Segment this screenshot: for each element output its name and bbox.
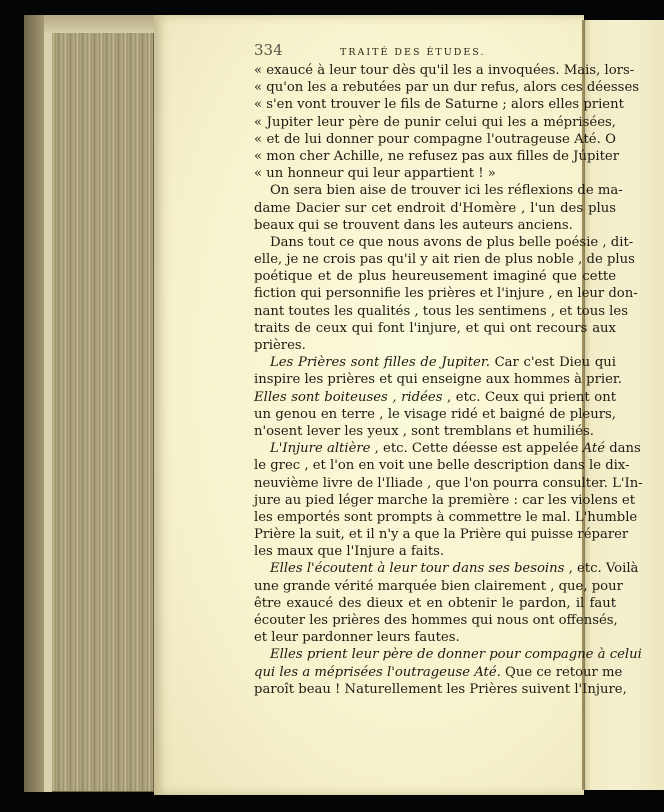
text-segment: et leur pardonner leurs fautes. xyxy=(254,630,460,645)
text-segment: « et de lui donner pour compagne l'outra… xyxy=(254,132,616,147)
text-line: inspire les prières et qui enseigne aux … xyxy=(254,371,616,388)
text-line: les maux que l'Injure a faits. xyxy=(254,543,616,560)
text-segment: Dans tout ce que nous avons de plus bell… xyxy=(270,235,633,250)
italic-segment: Les Prières sont filles de Jupiter. xyxy=(270,355,490,370)
text-line: elle, je ne crois pas qu'il y ait rien d… xyxy=(254,251,616,268)
text-segment: « mon cher Achille, ne refusez pas aux f… xyxy=(254,149,619,164)
text-line: Dans tout ce que nous avons de plus bell… xyxy=(254,234,616,251)
text-line: les emportés sont prompts à commettre le… xyxy=(254,509,616,526)
text-segment: Car c'est Dieu qui xyxy=(490,355,616,370)
text-line: « un honneur qui leur appartient ! » xyxy=(254,165,616,182)
text-line: être exaucé des dieux et en obtenir le p… xyxy=(254,595,616,612)
text-segment: le grec , et l'on en voit une belle desc… xyxy=(254,458,630,473)
text-segment: « s'en vont trouver le fils de Saturne ;… xyxy=(254,97,624,112)
text-segment: neuvième livre de l'Iliade , que l'on po… xyxy=(254,476,643,491)
text-line: écouter les prières des hommes qui nous … xyxy=(254,612,616,629)
running-head: 334 TRAITÉ DES ÉTUDES. xyxy=(254,42,616,60)
running-title: TRAITÉ DES ÉTUDES. xyxy=(340,44,486,61)
italic-segment: Elles prient leur père de donner pour co… xyxy=(270,647,642,662)
text-segment: traits de ceux qui font l'injure, et qui… xyxy=(254,321,616,336)
text-segment: paroît beau ! Naturellement les Prières … xyxy=(254,682,627,697)
text-line: dame Dacier sur cet endroit d'Homère , l… xyxy=(254,200,616,217)
text-segment: prières. xyxy=(254,338,306,353)
italic-segment: Até xyxy=(583,441,605,456)
text-segment: les maux que l'Injure a faits. xyxy=(254,544,444,559)
text-segment: un genou en terre , le visage ridé et ba… xyxy=(254,407,616,422)
text-line: une grande vérité marquée bien clairemen… xyxy=(254,578,616,595)
text-segment: « Jupiter leur père de punir celui qui l… xyxy=(254,115,616,130)
text-line: n'osent lever les yeux , sont tremblans … xyxy=(254,423,616,440)
italic-segment: Elles sont boiteuses , ridées xyxy=(254,390,442,405)
italic-segment: Elles l'écoutent à leur tour dans ses be… xyxy=(270,561,564,576)
text-segment: être exaucé des dieux et en obtenir le p… xyxy=(254,596,616,611)
page-text-block: 334 TRAITÉ DES ÉTUDES. « exaucé à leur t… xyxy=(254,42,616,698)
text-line: qui les a méprisées l'outrageuse Até. Qu… xyxy=(254,664,616,681)
text-line: paroît beau ! Naturellement les Prières … xyxy=(254,681,616,698)
text-line: « s'en vont trouver le fils de Saturne ;… xyxy=(254,96,616,113)
text-segment: les emportés sont prompts à commettre le… xyxy=(254,510,637,525)
italic-segment: qui les a méprisées l'outrageuse Até. xyxy=(254,665,501,680)
text-segment: dans xyxy=(605,441,641,456)
text-line: jure au pied léger marche la première : … xyxy=(254,492,616,509)
text-segment: inspire les prières et qui enseigne aux … xyxy=(254,372,622,387)
text-segment: dame Dacier sur cet endroit d'Homère , l… xyxy=(254,201,616,216)
text-line: « qu'on les a rebutées par un dur refus,… xyxy=(254,79,616,96)
book-fore-edge xyxy=(24,15,154,792)
text-segment: « exaucé à leur tour dès qu'il les a inv… xyxy=(254,63,634,78)
text-line: « mon cher Achille, ne refusez pas aux f… xyxy=(254,148,616,165)
text-line: « Jupiter leur père de punir celui qui l… xyxy=(254,114,616,131)
italic-segment: L'Injure altière xyxy=(270,441,370,456)
text-segment: beaux qui se trouvent dans les auteurs a… xyxy=(254,218,573,233)
text-line: L'Injure altière , etc. Cette déesse est… xyxy=(254,440,616,457)
text-segment: poétique et de plus heureusement imaginé… xyxy=(254,269,616,284)
text-segment: , etc. Cette déesse est appelée xyxy=(370,441,582,456)
text-segment: elle, je ne crois pas qu'il y ait rien d… xyxy=(254,252,635,267)
text-line: fiction qui personnifie les prières et l… xyxy=(254,285,616,302)
text-segment: « un honneur qui leur appartient ! » xyxy=(254,166,496,181)
text-segment: fiction qui personnifie les prières et l… xyxy=(254,286,638,301)
text-line: On sera bien aise de trouver ici les réf… xyxy=(254,182,616,199)
text-segment: Prière la suit, et il n'y a que la Prièr… xyxy=(254,527,628,542)
endpaper-edge xyxy=(44,15,52,792)
text-line: Elles sont boiteuses , ridées , etc. Ceu… xyxy=(254,389,616,406)
text-line: prières. xyxy=(254,337,616,354)
text-line: « et de lui donner pour compagne l'outra… xyxy=(254,131,616,148)
text-segment: « qu'on les a rebutées par un dur refus,… xyxy=(254,80,639,95)
text-line: beaux qui se trouvent dans les auteurs a… xyxy=(254,217,616,234)
text-segment: écouter les prières des hommes qui nous … xyxy=(254,613,618,628)
text-line: « exaucé à leur tour dès qu'il les a inv… xyxy=(254,62,616,79)
text-line: neuvième livre de l'Iliade , que l'on po… xyxy=(254,475,616,492)
text-line: traits de ceux qui font l'injure, et qui… xyxy=(254,320,616,337)
body-text: « exaucé à leur tour dès qu'il les a inv… xyxy=(254,62,616,698)
text-line: le grec , et l'on en voit une belle desc… xyxy=(254,457,616,474)
book-cover-edge xyxy=(24,15,44,792)
text-line: Les Prières sont filles de Jupiter. Car … xyxy=(254,354,616,371)
text-segment: On sera bien aise de trouver ici les réf… xyxy=(270,183,623,198)
text-line: un genou en terre , le visage ridé et ba… xyxy=(254,406,616,423)
text-segment: , etc. Voilà xyxy=(564,561,638,576)
text-segment: , etc. Ceux qui prient ont xyxy=(442,390,616,405)
text-line: Prière la suit, et il n'y a que la Prièr… xyxy=(254,526,616,543)
text-segment: n'osent lever les yeux , sont tremblans … xyxy=(254,424,594,439)
text-segment: jure au pied léger marche la première : … xyxy=(254,493,635,508)
page-stack-top xyxy=(44,15,154,33)
text-line: nant toutes les qualités , tous les sent… xyxy=(254,303,616,320)
page-number: 334 xyxy=(254,42,324,59)
text-line: Elles prient leur père de donner pour co… xyxy=(254,646,616,663)
text-line: poétique et de plus heureusement imaginé… xyxy=(254,268,616,285)
text-segment: une grande vérité marquée bien clairemen… xyxy=(254,579,623,594)
text-line: et leur pardonner leurs fautes. xyxy=(254,629,616,646)
text-segment: nant toutes les qualités , tous les sent… xyxy=(254,304,628,319)
text-segment: Que ce retour me xyxy=(501,665,623,680)
text-line: Elles l'écoutent à leur tour dans ses be… xyxy=(254,560,616,577)
